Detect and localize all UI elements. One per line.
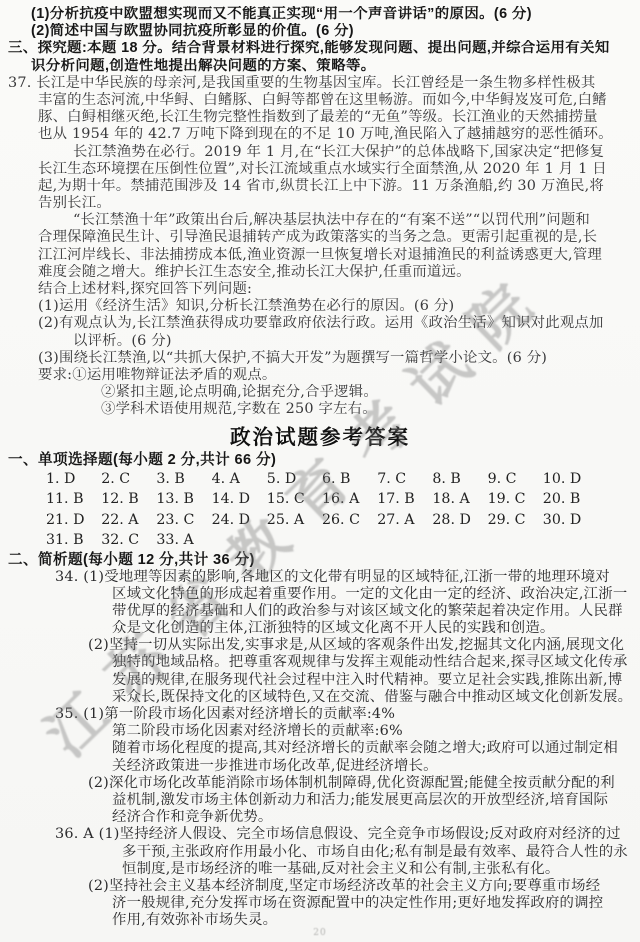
q36-answer-line: 济一般规律,充分发挥市场在资源配置中的决定性作用;更好地发挥政府的调控 bbox=[112, 895, 640, 912]
q36-answer-line: 恒制度,是市场经济的唯一基础,反对社会主义和公有制,主张私有化。 bbox=[122, 861, 640, 878]
q37-line: 江江河岸线长、非法捕捞成本低,渔业资源一旦恢复增长对退捕渔民的利益诱惑更大,管理 bbox=[38, 247, 640, 264]
choice-cell: 8. B bbox=[432, 469, 487, 490]
q35-answer-line: 第二阶段市场化因素对经济增长的贡献率:6% bbox=[112, 723, 640, 740]
choice-cell: 25. A bbox=[267, 510, 322, 531]
choice-cell: 3. B bbox=[156, 469, 211, 490]
intro-line: (1)分析抗疫中欧盟想实现而又不能真正实现“用一个声音讲话”的原因。(6 分) bbox=[31, 6, 640, 23]
q36-answer-line: 36. A (1)坚持经济人假设、完全市场信息假设、完全竞争市场假设;反对政府对… bbox=[55, 826, 640, 843]
exam-paper-page: 江苏省教育考试院 (1)分析抗疫中欧盟想实现而又不能真正实现“用一个声音讲话”的… bbox=[0, 0, 640, 942]
q37-prompt: 结合上述材料,探究回答下列问题: bbox=[38, 281, 640, 298]
choice-cell: 31. B bbox=[46, 530, 101, 551]
q34-answer-line: 带优厚的经济基础和人们的政治参与对该区域文化的繁荣起着决定作用。人民群 bbox=[112, 603, 640, 620]
choice-cell: 7. C bbox=[377, 469, 432, 490]
q37-line: 难度会随之增大。维护长江生态安全,推动长江大保护,任重而道远。 bbox=[38, 264, 640, 281]
q35-answer-line: 经济合作和竞争新优势。 bbox=[112, 809, 640, 826]
answer-key-title: 政治试题参考答案 bbox=[0, 425, 640, 451]
choice-cell: 6. B bbox=[322, 469, 377, 490]
q35-answer-line: 35. (1)第一阶段市场化因素对经济增长的贡献率:4% bbox=[55, 706, 640, 723]
choice-cell: 33. A bbox=[156, 530, 211, 551]
q35-answer-line: 关经济政策进一步推进市场化改革,促进经济增长。 bbox=[112, 758, 640, 775]
q34-answer-line: 区域文化特色的形成起着重要作用。一定的文化由一定的经济、政治决定,江浙一 bbox=[112, 586, 640, 603]
choice-cell: 18. A bbox=[432, 489, 487, 510]
choice-cell: 11. B bbox=[46, 489, 101, 510]
choice-cell: 13. B bbox=[156, 489, 211, 510]
q37-line: 也从 1954 年的 42.7 万吨下降到现在的不足 10 万吨,渔民陷入了越捕… bbox=[38, 126, 640, 143]
exam-paper-content: (1)分析抗疫中欧盟想实现而又不能真正实现“用一个声音讲话”的原因。(6 分) … bbox=[0, 0, 640, 929]
choice-cell: 23. C bbox=[156, 510, 211, 531]
q34-answer-line: 发展的规律,在服务现代社会过程中注入时代精神。要立足社会实践,推陈出新,博 bbox=[112, 672, 640, 689]
q37-subquestion-1: (1)运用《经济生活》知识,分析长江禁渔势在必行的原因。(6 分) bbox=[38, 298, 640, 315]
q36-answer-line: 作用,有效弥补市场失灵。 bbox=[112, 912, 640, 929]
q35-answer-line: 益机制,激发市场主体创新动力和活力;能发展更高层次的开放型经济,培育国际 bbox=[112, 792, 640, 809]
q37-subquestion-2: 以评析。(6 分) bbox=[73, 333, 640, 350]
q37-line: 长江禁渔势在必行。2019 年 1 月,在“长江大保护”的总体战略下,国家决定“… bbox=[73, 144, 640, 161]
choice-cell: 28. D bbox=[432, 510, 487, 531]
saq-section-header: 二、简析题(每小题 12 分,共计 36 分) bbox=[8, 551, 640, 569]
q37-line: 告别长江。 bbox=[38, 195, 640, 212]
q37-subquestion-3: (3)围绕长江禁渔,以“共抓大保护,不搞大开发”为题撰写一篇哲学小论文。(6 分… bbox=[38, 350, 640, 367]
mcq-section-header: 一、单项选择题(每小题 2 分,共计 66 分) bbox=[8, 451, 640, 469]
q37-line: 合理保障渔民生计、引导渔民退捕转产成为政策落实的当务之急。更需引起重视的是,长 bbox=[38, 229, 640, 246]
choice-cell: 32. C bbox=[101, 530, 156, 551]
choice-cell: 9. C bbox=[488, 469, 543, 490]
choice-cell: 22. A bbox=[101, 510, 156, 531]
choice-cell: 27. A bbox=[377, 510, 432, 531]
q34-answer-line: 众是文化创造的主体,江浙独特的区域文化离不开人民的实践和创造。 bbox=[112, 620, 640, 637]
q34-answer-line: 独特的地域品格。把尊重客观规律与发挥主观能动性结合起来,探寻区域文化传承 bbox=[112, 654, 640, 671]
q37-requirement: 要求:①运用唯物辩证法矛盾的观点。 bbox=[38, 367, 640, 384]
choice-cell: 24. D bbox=[212, 510, 267, 531]
choice-cell: 10. D bbox=[543, 469, 598, 490]
q37-line: 起,为期十年。禁捕范围涉及 14 省市,纵贯长江上中下游。11 万条渔船,约 3… bbox=[38, 178, 640, 195]
explore-section-header: 识分析问题,创造性地提出解决问题的方案、策略等。 bbox=[31, 58, 640, 75]
choice-cell: 1. D bbox=[46, 469, 101, 490]
choice-cell: 30. D bbox=[543, 510, 598, 531]
choice-cell: 20. B bbox=[543, 489, 598, 510]
choice-cell: 5. D bbox=[267, 469, 322, 490]
choice-cell: 4. A bbox=[212, 469, 267, 490]
q35-answer-line: 随着市场化程度的提高,其对经济增长的贡献率会随之增大;政府可以通过制定相 bbox=[112, 740, 640, 757]
q37-line: 37. 长江是中华民族的母亲河,是我国重要的生物基因宝库。长江曾经是一条生物多样… bbox=[8, 75, 640, 92]
page-number: 20 bbox=[0, 928, 640, 938]
q36-answer-line: 多干预,主张政府作用最小化、市场自由化;私有制是最有效率、最符合人性的永 bbox=[122, 844, 640, 861]
q37-line: 丰富的生态河流,中华鲟、白鳍豚、白鲟等都曾在这里畅游。而如今,中华鲟岌岌可危,白… bbox=[38, 92, 640, 109]
choice-cell: 19. C bbox=[488, 489, 543, 510]
choice-cell: 29. C bbox=[488, 510, 543, 531]
q37-requirement: ③学科术语使用规范,字数在 250 字左右。 bbox=[101, 401, 640, 418]
q34-answer-line: 34. (1)受地理等因素的影响,各地区的文化带有明显的区域特征,江浙一带的地理… bbox=[55, 569, 640, 586]
choice-cell: 16. A bbox=[322, 489, 377, 510]
q36-answer-line: (2)坚持社会主义基本经济制度,坚定市场经济改革的社会主义方向;要尊重市场经 bbox=[88, 878, 640, 895]
choice-cell: 15. C bbox=[267, 489, 322, 510]
intro-line: (2)简述中国与欧盟协同抗疫所彰显的价值。(6 分) bbox=[31, 23, 640, 40]
choice-cell: 26. C bbox=[322, 510, 377, 531]
mcq-answer-grid: 1. D 2. C 3. B 4. A 5. D 6. B 7. C 8. B … bbox=[46, 469, 598, 551]
choice-cell: 14. D bbox=[212, 489, 267, 510]
choice-cell: 21. D bbox=[46, 510, 101, 531]
q37-subquestion-2: (2)有观点认为,长江禁渔获得成功要靠政府依法行政。运用《政治生活》知识对此观点… bbox=[38, 315, 640, 332]
q37-requirement: ②紧扣主题,论点明确,论据充分,合乎逻辑。 bbox=[101, 384, 640, 401]
q35-answer-line: (2)深化市场化改革能消除市场体制机制障碍,优化资源配置;能健全按贡献分配的利 bbox=[88, 775, 640, 792]
q37-line: “长江禁渔十年”政策出台后,解决基层执法中存在的“有案不送”“以罚代刑”问题和 bbox=[73, 212, 640, 229]
choice-cell: 12. B bbox=[101, 489, 156, 510]
q34-answer-line: (2)坚持一切从实际出发,实事求是,从区域的客观条件出发,挖掘其文化内涵,展现文… bbox=[88, 637, 640, 654]
q37-line: 长江生态环境摆在压倒性位置”,对长江流域重点水域实行全面禁渔,从 2020 年 … bbox=[38, 161, 640, 178]
choice-cell: 17. B bbox=[377, 489, 432, 510]
q37-line: 豚、白鲟相继灭绝,长江生物完整性指数到了最差的“无鱼”等级。长江渔业的天然捕捞量 bbox=[38, 109, 640, 126]
choice-cell: 2. C bbox=[101, 469, 156, 490]
q34-answer-line: 采众长,既保持文化的区域特色,又在交流、借鉴与融合中推动区域文化创新发展。 bbox=[112, 689, 640, 706]
explore-section-header: 三、探究题:本题 18 分。结合背景材料进行探究,能够发现问题、提出问题,并综合… bbox=[8, 40, 640, 57]
